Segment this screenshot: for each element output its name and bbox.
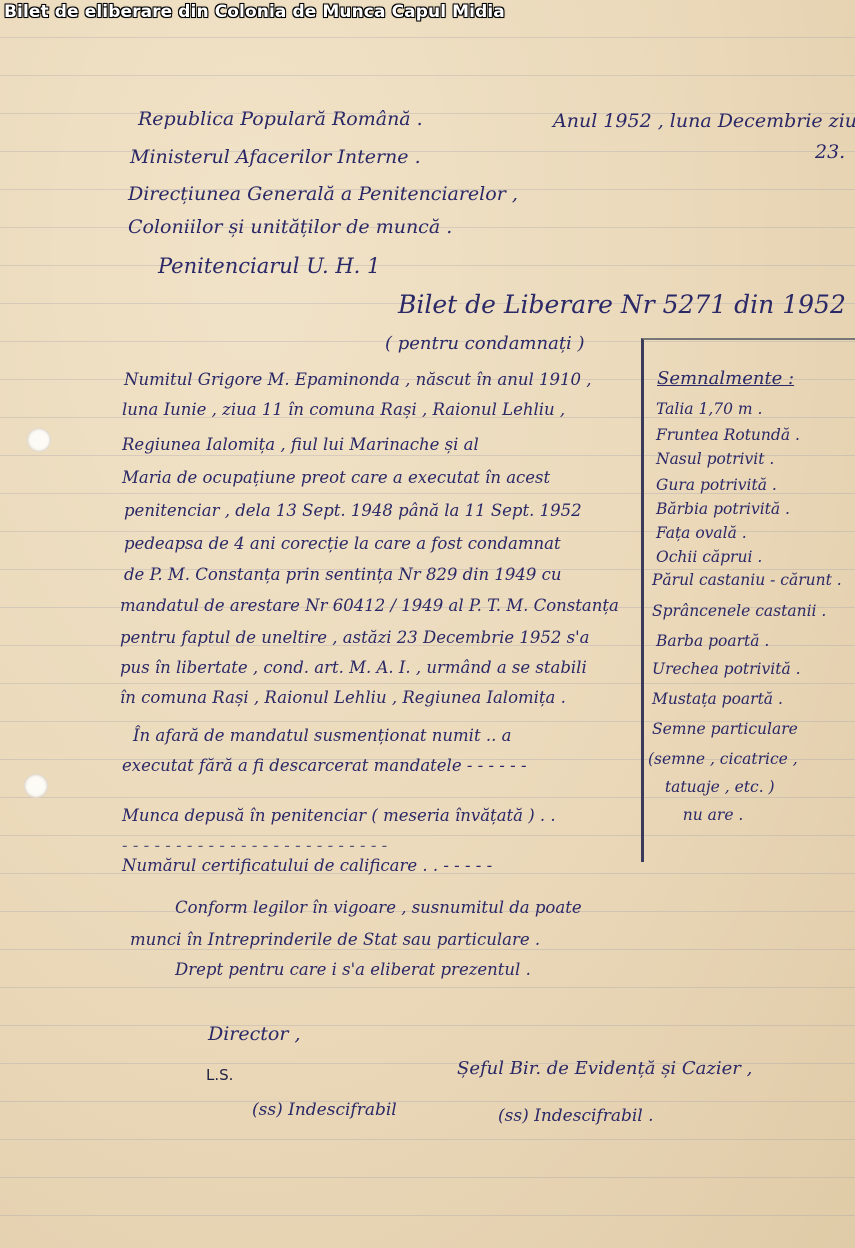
certificate-line: Numărul certificatului de calificare . .… — [122, 858, 492, 875]
document-subtitle: ( pentru condamnați ) — [385, 335, 585, 353]
body-line: pentru faptul de uneltire , astăzi 23 De… — [120, 630, 589, 647]
header-line-2: Ministerul Afacerilor Interne . — [130, 148, 421, 167]
body-line: Maria de ocupațiune preot care a executa… — [122, 470, 550, 487]
semnalmente-item: nu are . — [668, 808, 743, 824]
punch-hole-top — [27, 428, 51, 452]
seal-mark: L.S. — [206, 1068, 233, 1083]
semnalmente-heading: Semnalmente : — [657, 370, 794, 388]
semnalmente-item: Talia 1,70 m . — [656, 402, 762, 418]
body-line: pus în libertate , cond. art. M. A. I. ,… — [120, 660, 587, 677]
closing-line: munci în Intreprinderile de Stat sau par… — [130, 932, 540, 949]
semnalmente-item: Părul castaniu - cărunt . — [652, 573, 842, 589]
body-line: în comuna Rași , Raionul Lehliu , Regiun… — [120, 690, 566, 707]
mandate-line: În afară de mandatul susmenționat numit … — [133, 728, 511, 745]
semnalmente-item: Bărbia potrivită . — [656, 502, 790, 518]
semnalmente-item: Semne particulare — [652, 722, 798, 738]
header-line-1: Republica Populară Română . — [138, 110, 423, 129]
semnalmente-item: Urechea potrivită . — [652, 662, 801, 678]
semnalmente-item: Gura potrivită . — [656, 478, 777, 494]
semnalmente-item: Sprâncenele castanii . — [652, 604, 826, 620]
body-line: penitenciar , dela 13 Sept. 1948 până la… — [124, 503, 582, 520]
semnalmente-item: Ochii căprui . — [656, 550, 762, 566]
chief-signature: (ss) Indescifrabil . — [498, 1108, 654, 1125]
date-line: Anul 1952 , luna Decembrie ziua — [553, 112, 855, 131]
closing-line: Drept pentru care i s'a eliberat prezent… — [175, 962, 531, 979]
closing-line: Conform legilor în vigoare , susnumitul … — [175, 900, 582, 917]
semnalmente-item: Fruntea Rotundă . — [656, 428, 800, 444]
body-line: Regiunea Ialomița , fiul lui Marinache ș… — [122, 437, 479, 454]
director-title: Director , — [208, 1025, 301, 1044]
header-line-3: Direcțiunea Generală a Penitenciarelor , — [128, 185, 518, 204]
semnalmente-item: tatuaje , etc. ) — [660, 780, 775, 796]
semnalmente-item: Mustața poartă . — [652, 692, 783, 708]
mandate-line-2: executat fără a fi descarcerat mandatele… — [122, 758, 527, 775]
body-line: luna Iunie , ziua 11 în comuna Rași , Ra… — [122, 402, 565, 419]
chief-title: Șeful Bir. de Evidență și Cazier , — [457, 1060, 752, 1078]
director-signature: (ss) Indescifrabil — [252, 1102, 397, 1119]
semnalmente-item: Fața ovală . — [656, 526, 747, 542]
body-line: pedeapsa de 4 ani corecție la care a fos… — [124, 536, 561, 553]
body-line: Numitul Grigore M. Epaminonda , născut î… — [124, 372, 592, 389]
image-caption: Bilet de eliberare din Colonia de Munca … — [4, 2, 505, 22]
punch-hole-bottom — [24, 774, 48, 798]
semnalmente-item: Nasul potrivit . — [656, 452, 774, 468]
semnalmente-item: (semne , cicatrice , — [648, 752, 798, 768]
semnalmente-item: Barba poartă . — [656, 634, 769, 650]
body-line: de P. M. Constanța prin sentința Nr 829 … — [124, 567, 562, 584]
penitentiary-unit: Penitenciarul U. H. 1 — [158, 256, 380, 277]
document-title: Bilet de Liberare Nr 5271 din 1952 . — [398, 292, 855, 317]
dash-line: - - - - - - - - - - - - - - - - - - - - … — [122, 838, 387, 855]
header-line-4: Coloniilor și unităților de muncă . — [128, 218, 452, 237]
body-line: mandatul de arestare Nr 60412 / 1949 al … — [120, 598, 619, 615]
date-day: 23. — [815, 143, 845, 162]
work-line: Munca depusă în penitenciar ( meseria în… — [122, 808, 556, 825]
